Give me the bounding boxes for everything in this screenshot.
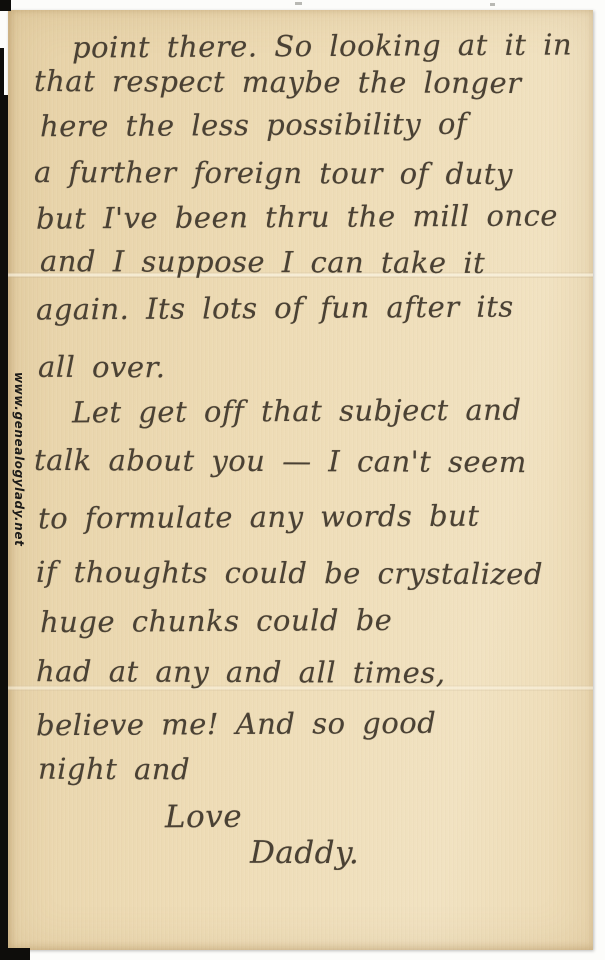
handwriting-line: had at any and all times, bbox=[36, 651, 446, 693]
scan-dust-mark bbox=[295, 2, 302, 5]
scanner-edge-strip bbox=[0, 95, 8, 953]
handwriting-line: to formulate any words but bbox=[38, 496, 480, 539]
handwriting-line: believe me! And so good bbox=[36, 703, 436, 745]
handwriting-line: again. Its lots of fun after its bbox=[36, 287, 514, 330]
handwriting-line: but I've been thru the mill once bbox=[36, 195, 558, 238]
handwriting-line: night and bbox=[38, 749, 190, 790]
handwriting-line: and I suppose I can take it bbox=[40, 241, 485, 283]
scan-dust-mark bbox=[490, 3, 495, 6]
handwriting-line: Let get off that subject and bbox=[72, 390, 522, 433]
handwriting-line: all over. bbox=[38, 347, 166, 388]
handwriting-line: here the less possibility of bbox=[40, 104, 467, 147]
handwriting-line: if thoughts could be crystalized bbox=[36, 552, 543, 594]
scanner-edge-strip bbox=[0, 948, 30, 960]
signature-daddy: Daddy. bbox=[250, 833, 359, 873]
handwriting-line: that respect maybe the longer bbox=[34, 61, 522, 103]
watermark: www.genealogylady.net bbox=[12, 372, 26, 546]
handwriting-line: a further foreign tour of duty bbox=[34, 152, 513, 194]
closing-love: Love bbox=[165, 797, 242, 837]
scanner-corner-mark bbox=[0, 0, 11, 11]
scanned-letter-page: { "colors": { "paper": "#eedcb6", "paper… bbox=[0, 0, 605, 960]
handwriting-line: huge chunks could be bbox=[40, 600, 393, 642]
handwriting-line: talk about you — I can't seem bbox=[34, 440, 527, 482]
